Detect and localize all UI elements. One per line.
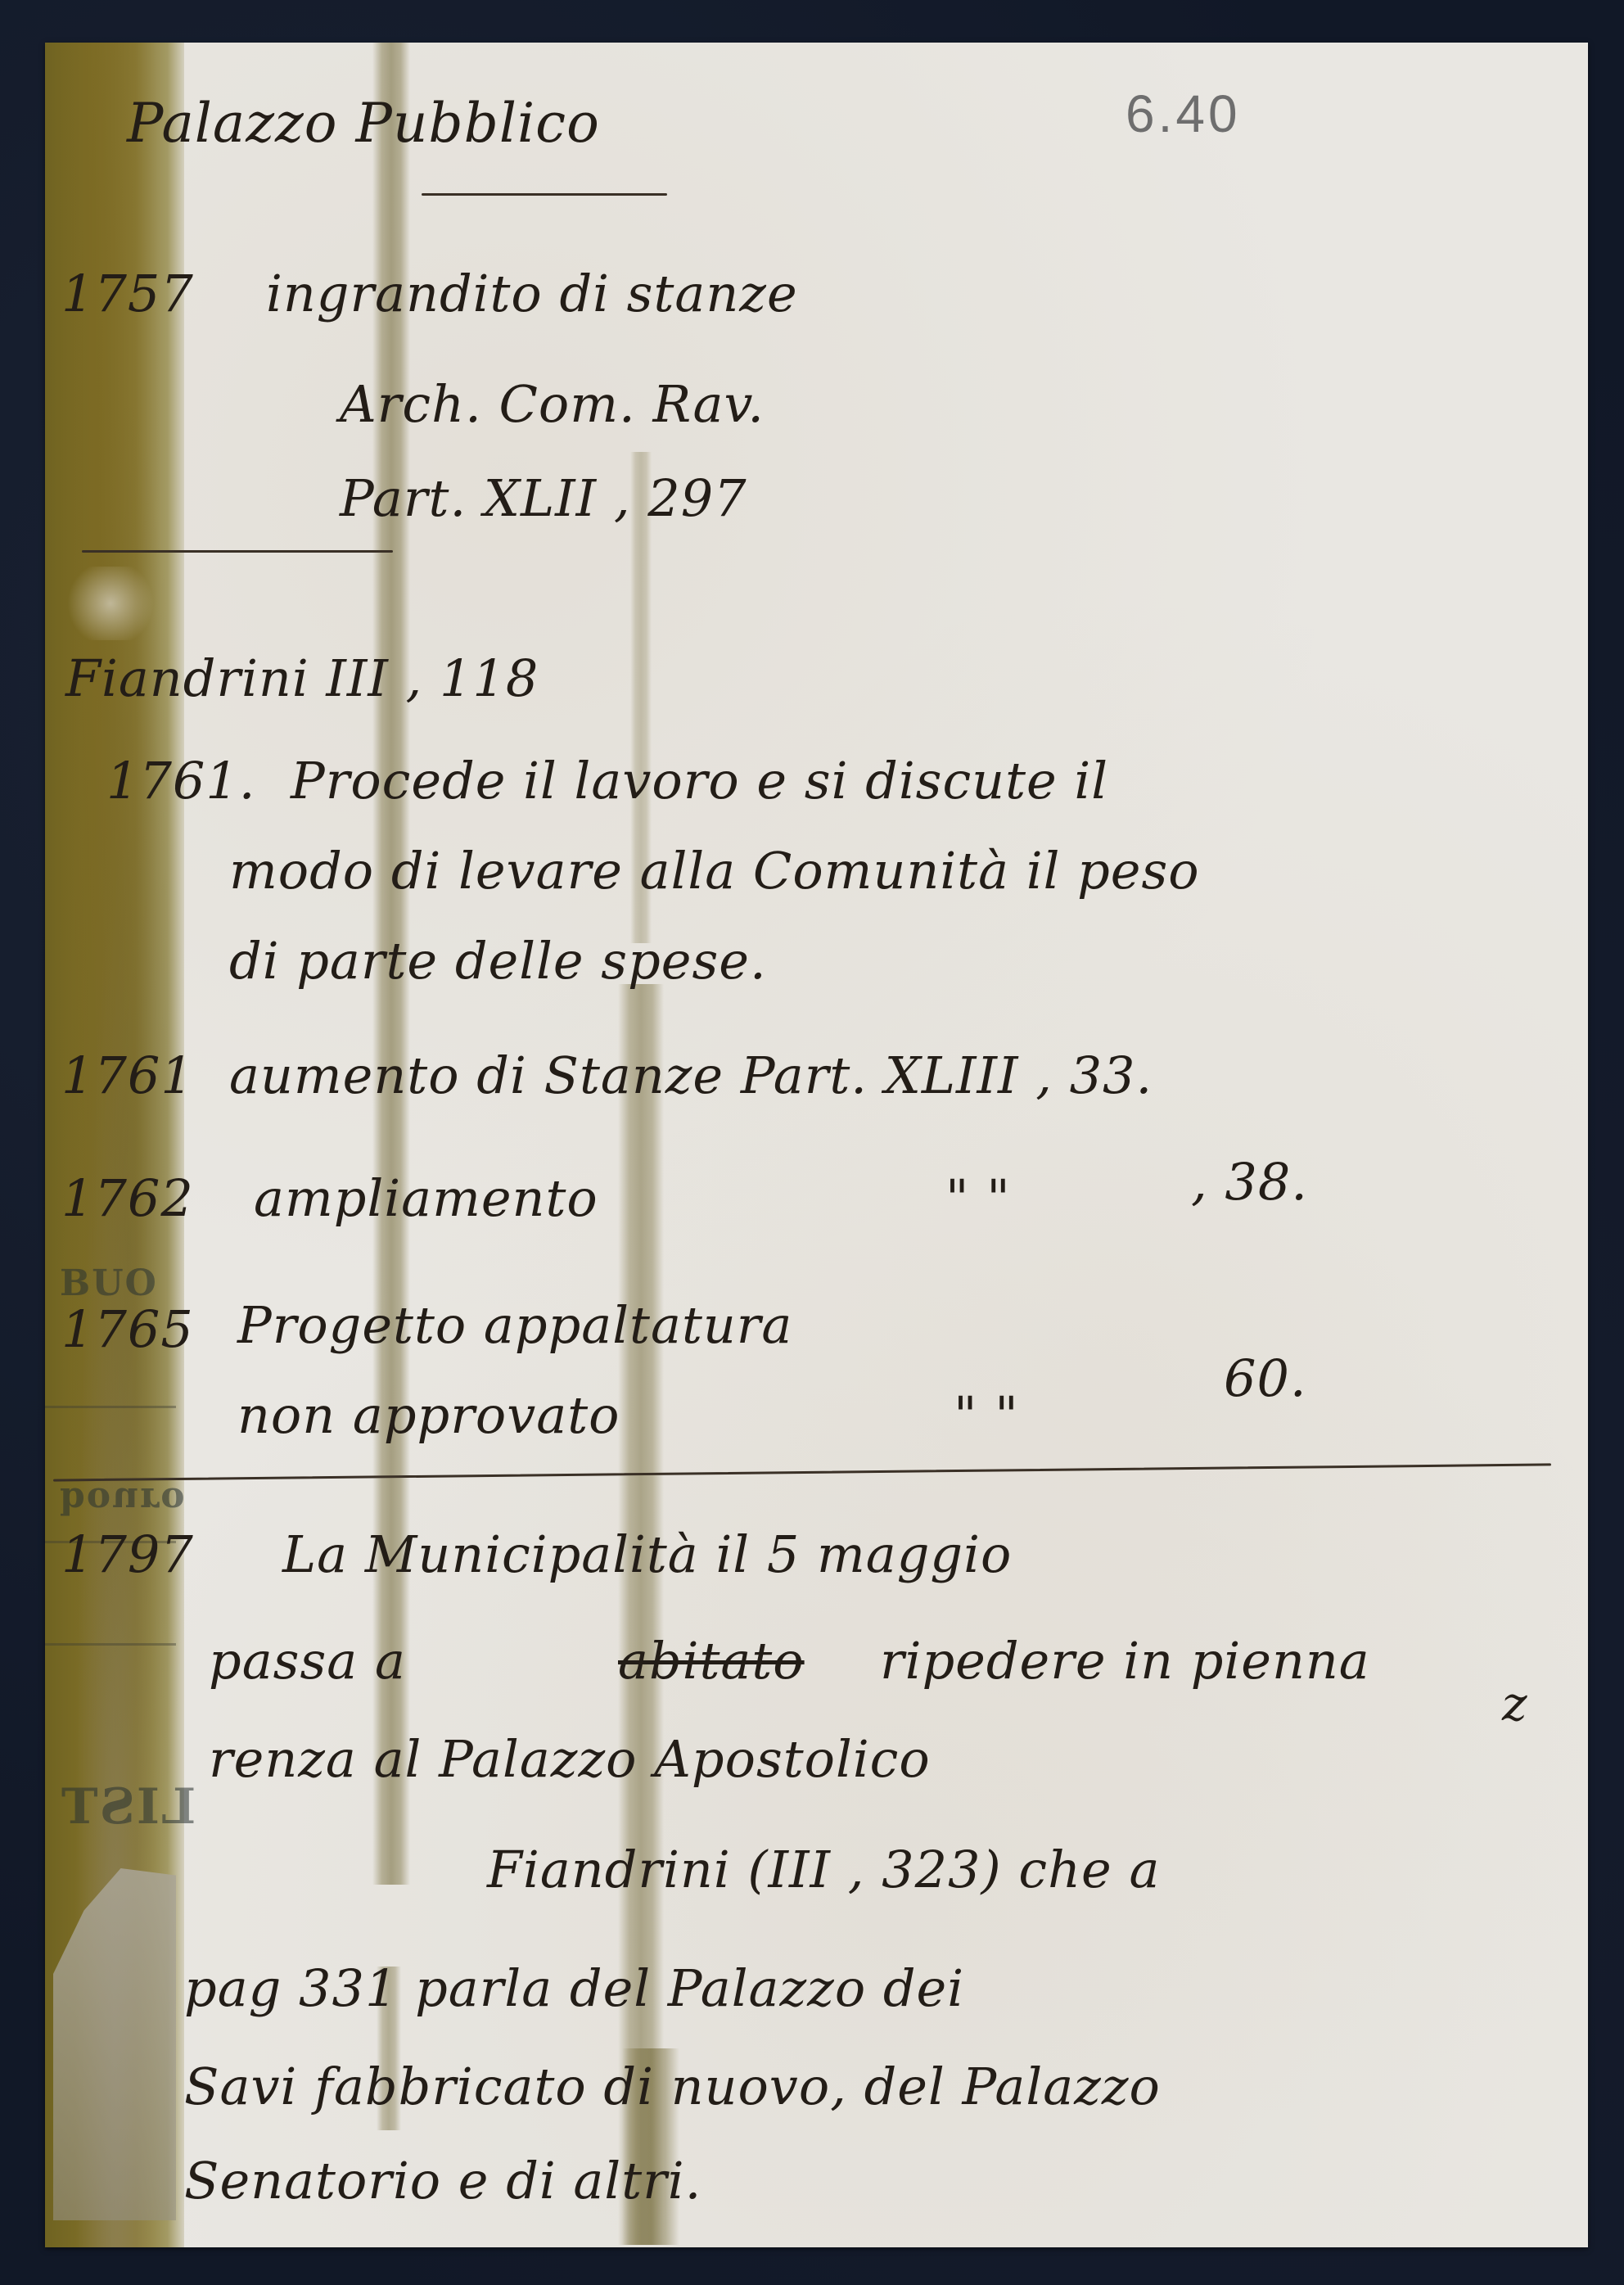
entry-line: aumento di Stanze Part. XLIII , 33. [229,1045,1153,1105]
bleed-through-text: LIST [60,1778,196,1836]
ditto-marks: " " [954,1385,1019,1445]
section-divider [82,550,393,553]
card-title: Palazzo Pubblico [127,92,600,155]
entry-line: Senatorio e di altri. [184,2151,701,2210]
entry-line: passa a [209,1631,406,1691]
entry-line: Savi fabbricato di nuovo, del Palazzo [184,2057,1161,2116]
entry-line: di parte delle spese. [229,931,767,991]
entry-line: Procede il lavoro e si discute il [291,751,1108,811]
section-divider [53,1463,1551,1481]
catalog-number: 6.40 [1126,84,1241,144]
bleed-through-rule [45,1643,176,1646]
entry-year: 1797 [61,1524,194,1584]
entry-line: ripedere in pienna [880,1631,1370,1691]
correction-mark: z [1502,1676,1528,1732]
entry-line: modo di levare alla Comunità il peso [229,841,1200,901]
reference-citation: Fiandrini (III , 323) che a [487,1840,1160,1899]
struck-word: abitato [618,1631,805,1691]
entry-line: Arch. Com. Rav. [340,374,765,434]
entry-year: 1757 [61,264,194,323]
entry-line: Progetto appaltatura [237,1295,792,1355]
page-ref: , 38. [1191,1152,1308,1212]
entry-line: La Municipalità il 5 maggio [282,1524,1012,1584]
entry-year: 1762 [61,1168,194,1228]
bleed-through-text: bouro [60,1479,187,1521]
paper-abrasion [61,567,160,640]
entry-year: 1761. [106,751,256,811]
entry-line: renza al Palazzo Apostolico [209,1729,931,1789]
entry-line: non approvato [237,1385,620,1445]
ditto-marks: " " [945,1168,1011,1228]
entry-line: pag 331 parla del Palazzo dei [184,1958,964,2018]
entry-line: ampliamento [254,1168,598,1228]
entry-line: ingrandito di stanze [266,264,798,323]
entry-year: 1761 [61,1045,194,1105]
bleed-through-rule [45,1406,176,1408]
note-card: BUO bouro LIST Palazzo Pubblico 6.40 175… [45,43,1588,2247]
entry-line: Part. XLII , 297 [340,468,747,528]
title-underline [422,193,667,196]
reference-citation: Fiandrini III , 118 [65,648,539,708]
page-ref: 60. [1224,1348,1307,1408]
bleed-through-text: BUO [60,1262,158,1304]
entry-year: 1765 [61,1299,194,1359]
